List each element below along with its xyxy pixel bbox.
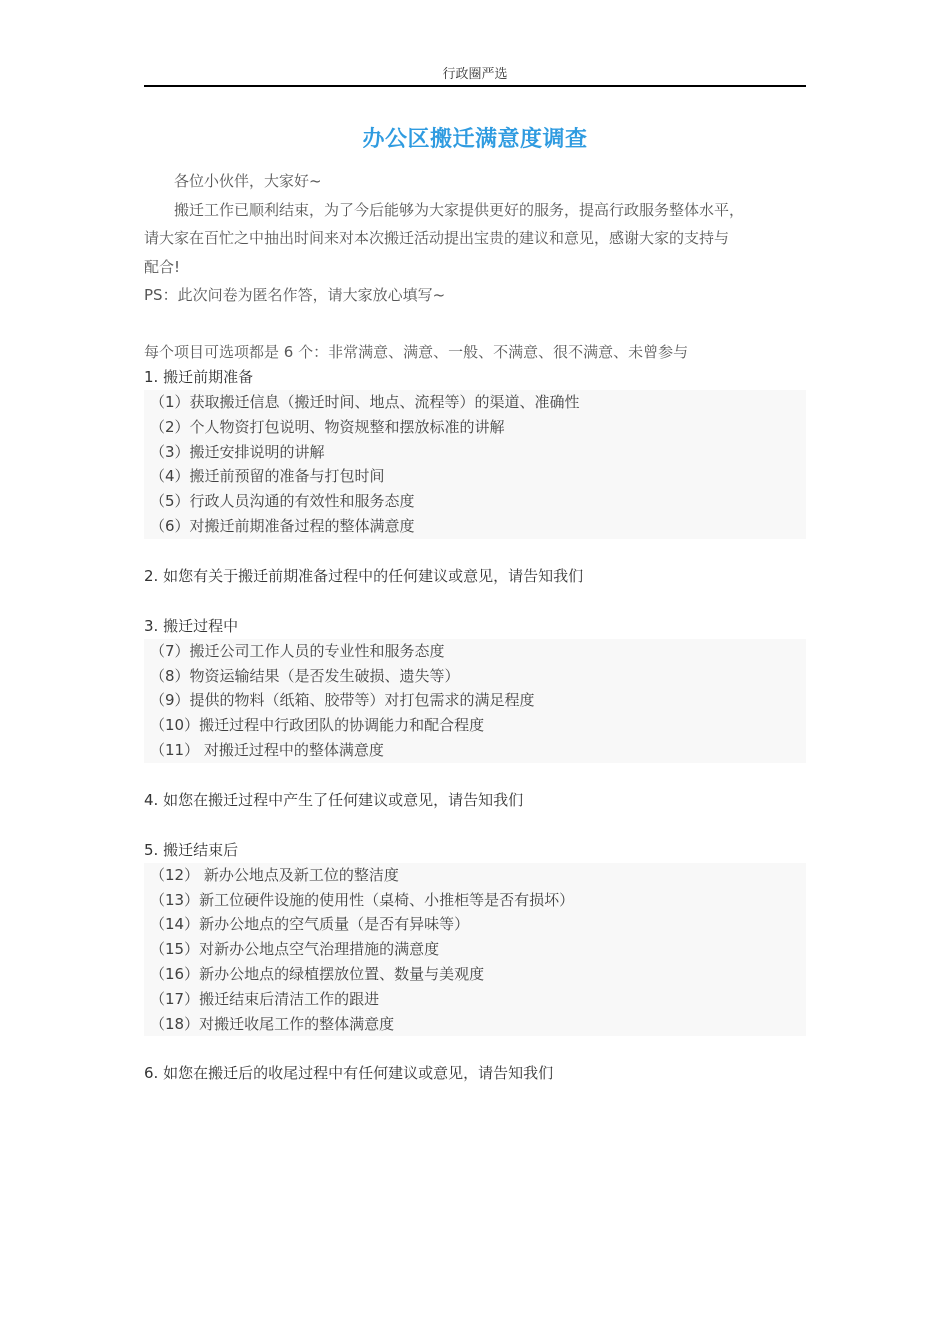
- survey-item: （11） 对搬迁过程中的整体满意度: [150, 738, 806, 763]
- document-title: 办公区搬迁满意度调查: [144, 124, 806, 156]
- survey-item: （13）新工位硬件设施的使用性（桌椅、小推柜等是否有损坏）: [150, 888, 806, 913]
- spacer: [144, 539, 806, 564]
- spacer: [144, 1036, 806, 1061]
- section-title-3: 3. 搬迁过程中: [144, 614, 806, 639]
- survey-item: （17）搬迁结束后清洁工作的跟进: [150, 987, 806, 1012]
- survey-content: 每个项目可选项都是 6 个：非常满意、满意、一般、不满意、很不满意、未曾参与 1…: [144, 340, 806, 1086]
- survey-item: （18）对搬迁收尾工作的整体满意度: [150, 1012, 806, 1037]
- survey-item: （8）物资运输结果（是否发生破损、遗失等）: [150, 664, 806, 689]
- section-title-1: 1. 搬迁前期准备: [144, 365, 806, 390]
- section-title-2: 2. 如您有关于搬迁前期准备过程中的任何建议或意见，请告知我们: [144, 564, 806, 589]
- survey-item: （6）对搬迁前期准备过程的整体满意度: [150, 514, 806, 539]
- ps-note: PS：此次问卷为匿名作答，请大家放心填写~: [144, 281, 806, 310]
- intro-line-1: 搬迁工作已顺利结束，为了今后能够为大家提供更好的服务，提高行政服务整体水平，: [144, 196, 806, 225]
- survey-item: （10）搬迁过程中行政团队的协调能力和配合程度: [150, 713, 806, 738]
- spacer: [144, 763, 806, 788]
- intro-line-2: 请大家在百忙之中抽出时间来对本次搬迁活动提出宝贵的建议和意见，感谢大家的支持与: [144, 224, 806, 253]
- greeting: 各位小伙伴，大家好~: [144, 167, 806, 196]
- page-header: 行政圈严选: [144, 66, 806, 84]
- spacer: [144, 589, 806, 614]
- section-title-5: 5. 搬迁结束后: [144, 838, 806, 863]
- intro-line-3: 配合!: [144, 253, 806, 282]
- survey-item: （16）新办公地点的绿植摆放位置、数量与美观度: [150, 962, 806, 987]
- survey-item: （7）搬迁公司工作人员的专业性和服务态度: [150, 639, 806, 664]
- survey-item: （9）提供的物料（纸箱、胶带等）对打包需求的满足程度: [150, 688, 806, 713]
- section-title-6: 6. 如您在搬迁后的收尾过程中有任何建议或意见，请告知我们: [144, 1061, 806, 1086]
- header-divider: [144, 85, 806, 87]
- section-items-1: （1）获取搬迁信息（搬迁时间、地点、流程等）的渠道、准确性 （2）个人物资打包说…: [144, 390, 806, 539]
- survey-item: （14）新办公地点的空气质量（是否有异味等）: [150, 912, 806, 937]
- survey-item: （5）行政人员沟通的有效性和服务态度: [150, 489, 806, 514]
- survey-item: （12） 新办公地点及新工位的整洁度: [150, 863, 806, 888]
- options-note: 每个项目可选项都是 6 个：非常满意、满意、一般、不满意、很不满意、未曾参与: [144, 340, 806, 365]
- section-items-3: （7）搬迁公司工作人员的专业性和服务态度 （8）物资运输结果（是否发生破损、遗失…: [144, 639, 806, 763]
- survey-item: （15）对新办公地点空气治理措施的满意度: [150, 937, 806, 962]
- survey-item: （2）个人物资打包说明、物资规整和摆放标准的讲解: [150, 415, 806, 440]
- spacer: [144, 813, 806, 838]
- section-title-4: 4. 如您在搬迁过程中产生了任何建议或意见，请告知我们: [144, 788, 806, 813]
- survey-item: （3）搬迁安排说明的讲解: [150, 440, 806, 465]
- survey-item: （4）搬迁前预留的准备与打包时间: [150, 464, 806, 489]
- intro-block: 各位小伙伴，大家好~ 搬迁工作已顺利结束，为了今后能够为大家提供更好的服务，提高…: [144, 167, 806, 310]
- section-items-5: （12） 新办公地点及新工位的整洁度 （13）新工位硬件设施的使用性（桌椅、小推…: [144, 863, 806, 1037]
- survey-item: （1）获取搬迁信息（搬迁时间、地点、流程等）的渠道、准确性: [150, 390, 806, 415]
